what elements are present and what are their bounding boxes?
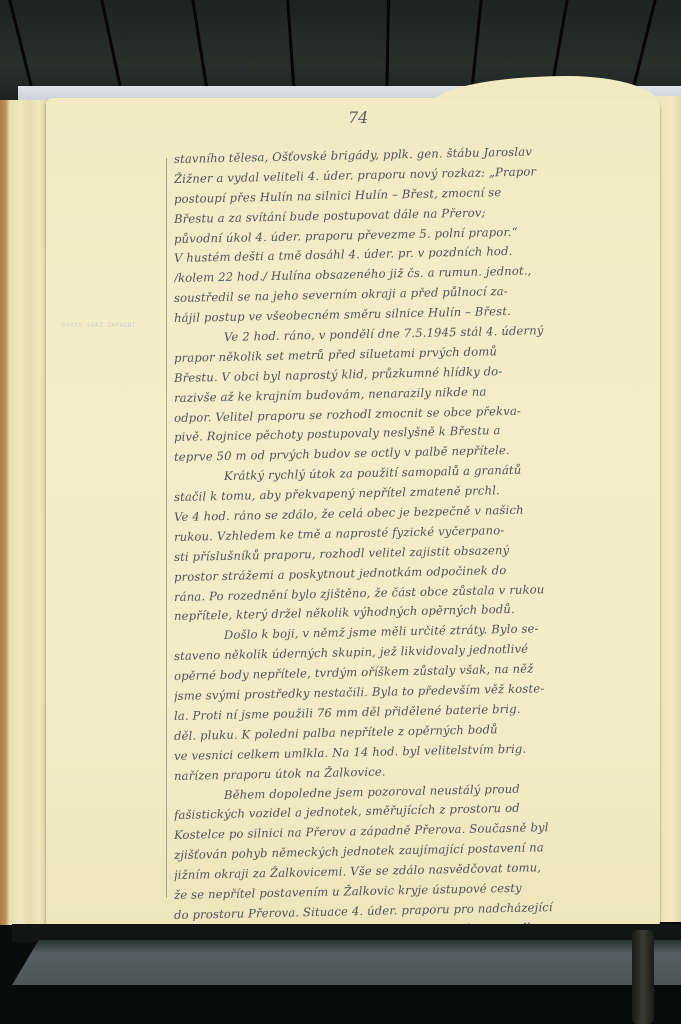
- book-page-edges-left: [0, 100, 48, 925]
- document-page: OKRES SVAZ ZAPADNI 74 stavního tělesa, O…: [46, 98, 660, 926]
- page-number: 74: [348, 108, 368, 127]
- scanner-shelf: [12, 940, 681, 985]
- bookmark-ribbon: [632, 930, 654, 1024]
- handwritten-text: stavního tělesa, Ošťovské brigády, pplk.…: [174, 150, 648, 985]
- margin-stamp: OKRES SVAZ ZAPADNI: [62, 322, 136, 329]
- shelf-shadow: [12, 924, 681, 942]
- margin-rule: [166, 158, 167, 898]
